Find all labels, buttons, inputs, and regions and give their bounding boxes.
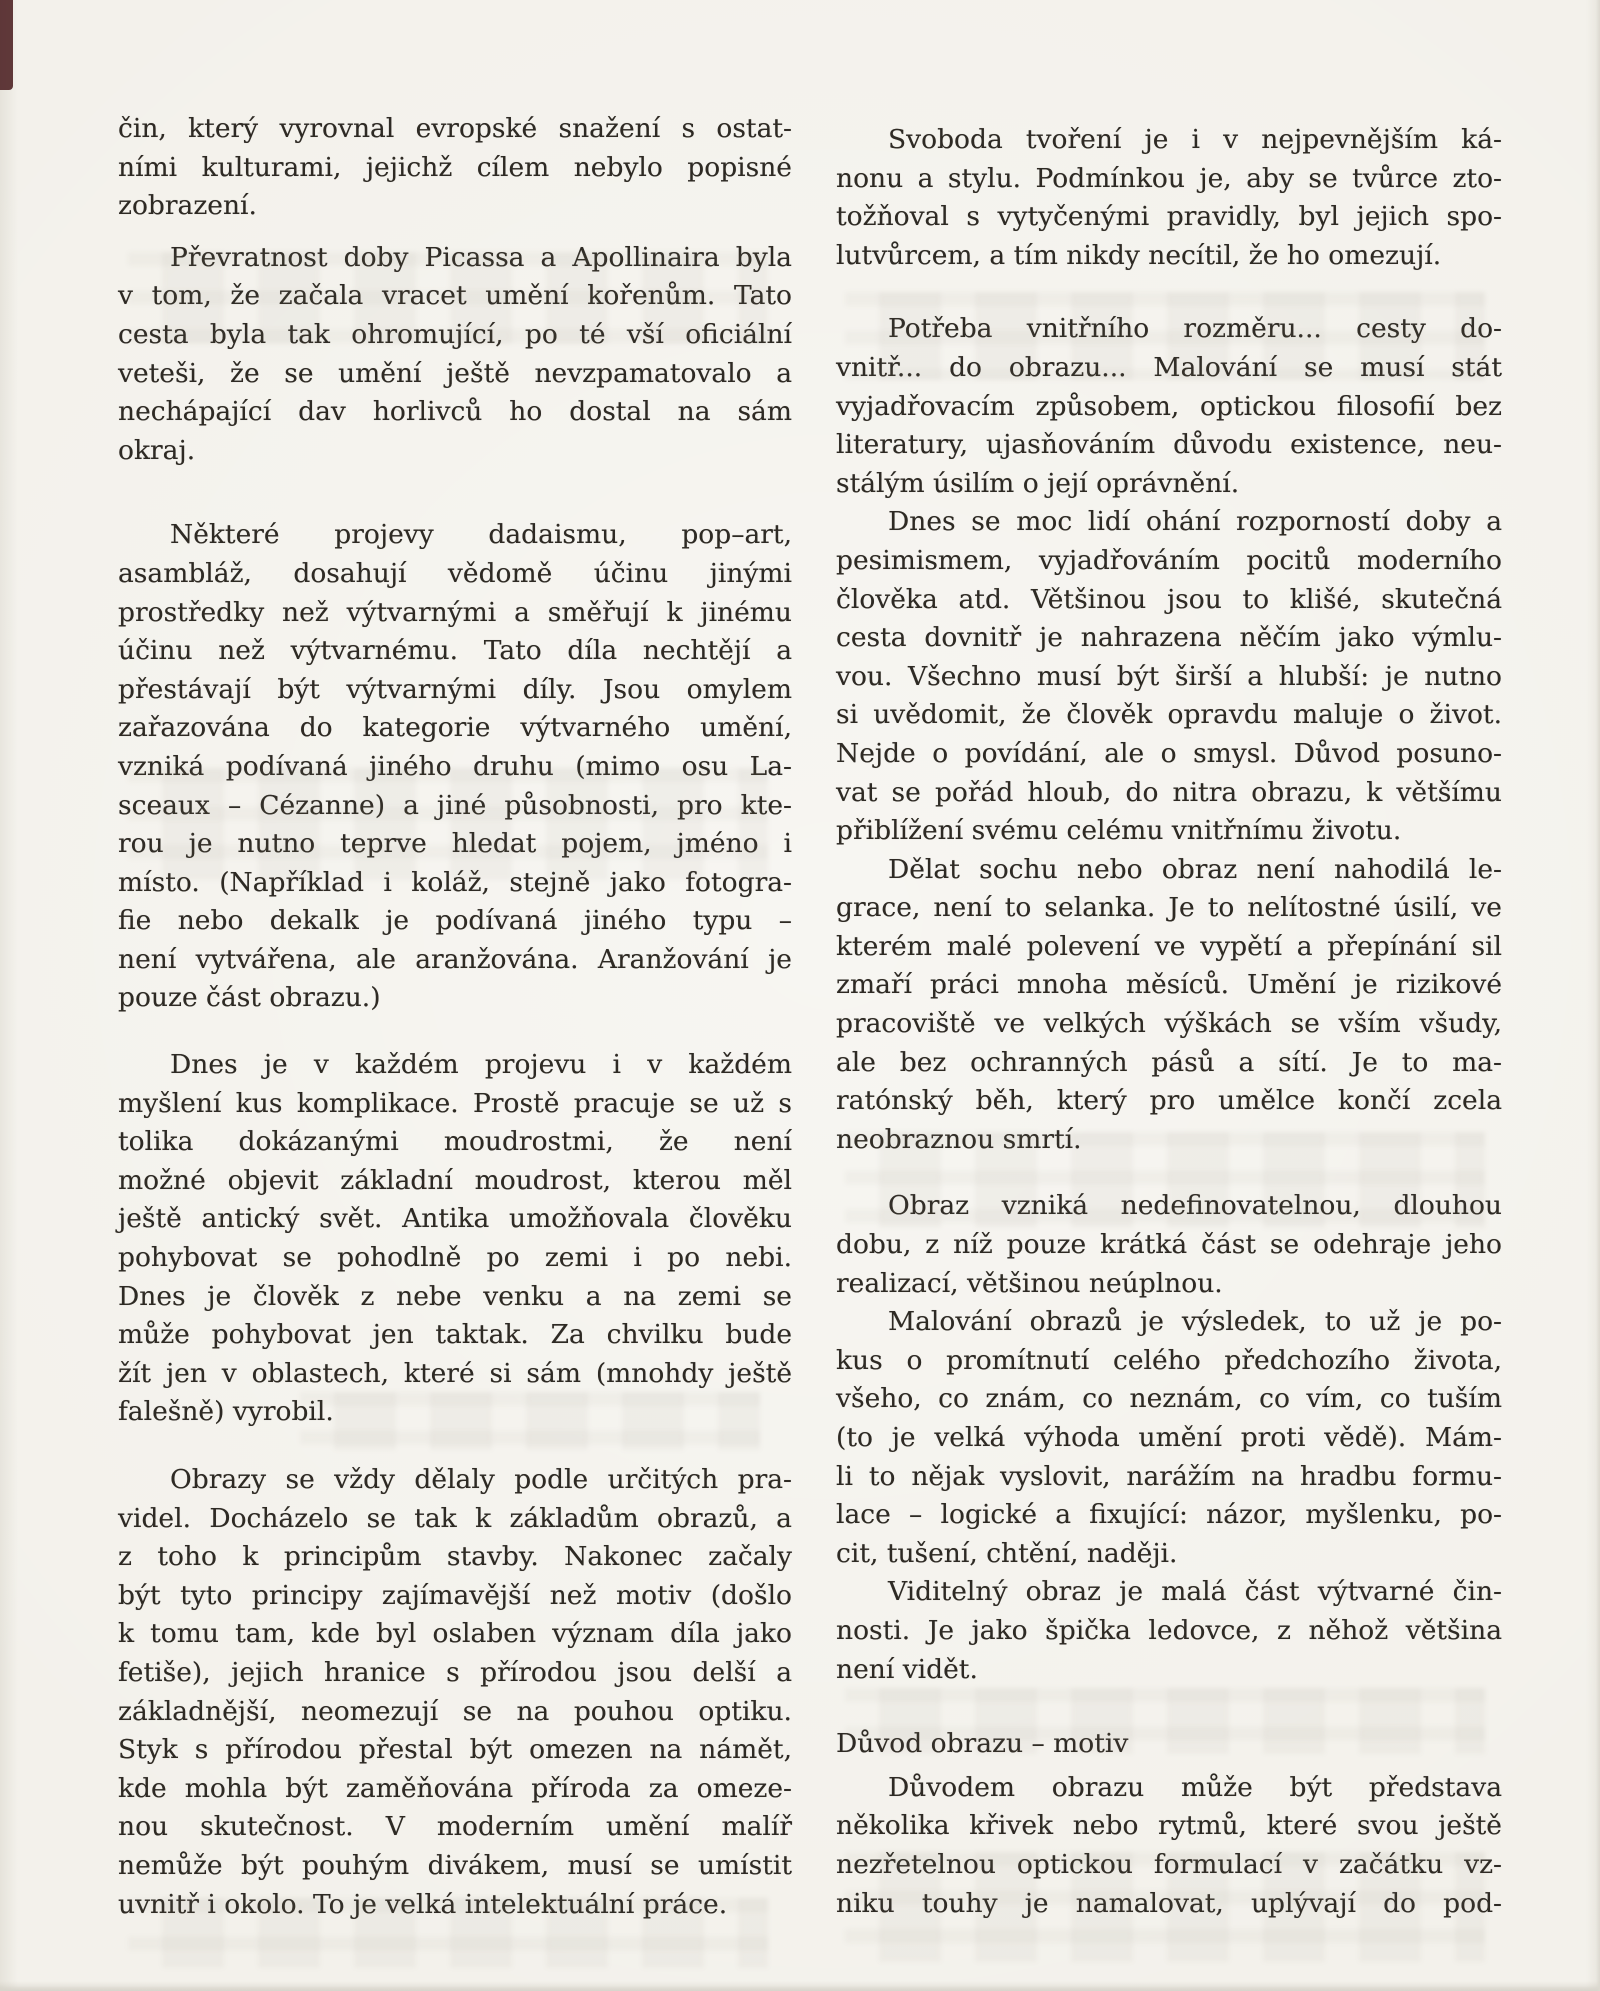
text-line: (to je velká výhoda umění proti vědě). M…	[836, 1419, 1502, 1458]
text-line: Dnes je v každém projevu i v každém	[118, 1046, 792, 1085]
text-line: zmaří práci mnoha měsíců. Umění je rizik…	[836, 966, 1502, 1005]
text-line: tožňoval s vytyčenými pravidly, byl jeji…	[836, 198, 1502, 237]
text-line: vnitř... do obrazu... Malování se musí s…	[836, 349, 1502, 388]
text-line: ještě antický svět. Antika umožňovala čl…	[118, 1200, 792, 1239]
paragraph: Svoboda tvoření je i v nejpevnějším ká-n…	[836, 121, 1502, 275]
text-line: z toho k principům stavby. Nakonec začal…	[118, 1538, 792, 1577]
text-line: sceaux – Cézanne) a jiné působnosti, pro…	[118, 787, 792, 826]
text-line: ale bez ochranných pásů a sítí. Je to ma…	[836, 1044, 1502, 1083]
paragraph: Důvodem obrazu může být představaněkolik…	[836, 1769, 1502, 1923]
scan-gutter-mark	[0, 0, 13, 90]
text-line: vat se pořád hloub, do nitra obrazu, k v…	[836, 774, 1502, 813]
text-line: pohybovat se pohodlně po zemi i po nebi.	[118, 1239, 792, 1278]
text-line: místo. (Například i koláž, stejně jako f…	[118, 864, 792, 903]
text-line: Nejde o povídání, ale o smysl. Důvod pos…	[836, 735, 1502, 774]
text-line: stálým úsilím o její oprávnění.	[836, 465, 1502, 504]
text-line: může pohybovat jen taktak. Za chvilku bu…	[118, 1316, 792, 1355]
paragraph: čin, který vyrovnal evropské snažení s o…	[118, 110, 792, 226]
paragraph: Malování obrazů je výsledek, to už je po…	[836, 1303, 1502, 1573]
scan-right-edge-shadow	[1596, 0, 1600, 1991]
text-line: Důvod obrazu – motiv	[836, 1725, 1502, 1764]
text-line: několika křivek nebo rytmů, které svou j…	[836, 1807, 1502, 1846]
text-line: veteši, že se umění ještě nevzpamatovalo…	[118, 355, 792, 394]
text-line: pracoviště ve velkých výškách se vším vš…	[836, 1005, 1502, 1044]
text-line: Důvodem obrazu může být představa	[836, 1769, 1502, 1808]
text-line: zařazována do kategorie výtvarného umění…	[118, 709, 792, 748]
text-line: účinu než výtvarnému. Tato díla nechtějí…	[118, 632, 792, 671]
right-text-column: Svoboda tvoření je i v nejpevnějším ká-n…	[836, 121, 1502, 1923]
text-line: Dnes je člověk z nebe venku a na zemi se	[118, 1278, 792, 1317]
text-line: neobraznou smrtí.	[836, 1121, 1502, 1160]
text-line: ními kulturami, jejichž cílem nebylo pop…	[118, 149, 792, 188]
text-line: nechápající dav horlivců ho dostal na sá…	[118, 393, 792, 432]
text-line: možné objevit základní moudrost, kterou …	[118, 1162, 792, 1201]
text-line: dobu, z níž pouze krátká část se odehraj…	[836, 1226, 1502, 1265]
text-line: zobrazení.	[118, 187, 792, 226]
text-line: žít jen v oblastech, které si sám (mnohd…	[118, 1355, 792, 1394]
text-line: nosti. Je jako špička ledovce, z něhož v…	[836, 1612, 1502, 1651]
text-line: Dělat sochu nebo obraz není nahodilá le-	[836, 851, 1502, 890]
text-line: grace, není to selanka. Je to nelítostné…	[836, 889, 1502, 928]
text-line: ratónský běh, který pro umělce končí zce…	[836, 1082, 1502, 1121]
text-line: nezřetelnou optickou formulací v začátku…	[836, 1846, 1502, 1885]
text-line: falešně) vyrobil.	[118, 1393, 792, 1432]
text-line: li to nějak vyslovit, narážím na hradbu …	[836, 1458, 1502, 1497]
text-line: základnější, neomezují se na pouhou opti…	[118, 1693, 792, 1732]
text-line: Malování obrazů je výsledek, to už je po…	[836, 1303, 1502, 1342]
text-line: lutvůrcem, a tím nikdy necítil, že ho om…	[836, 237, 1502, 276]
paragraph: Viditelný obraz je malá část výtvarné či…	[836, 1573, 1502, 1689]
section-heading: Důvod obrazu – motiv	[836, 1725, 1502, 1764]
text-line: niku touhy je namalovat, uplývají do pod…	[836, 1885, 1502, 1924]
text-line: uvnitř i okolo. To je velká intelektuáln…	[118, 1886, 792, 1925]
text-line: rou je nutno teprve hledat pojem, jméno …	[118, 825, 792, 864]
left-text-column: čin, který vyrovnal evropské snažení s o…	[118, 110, 792, 1924]
text-line: prostředky než výtvarnými a směřují k ji…	[118, 594, 792, 633]
text-line: vou. Všechno musí být širší a hlubší: je…	[836, 658, 1502, 697]
text-line: Svoboda tvoření je i v nejpevnějším ká-	[836, 121, 1502, 160]
text-line: není vidět.	[836, 1651, 1502, 1690]
text-line: Některé projevy dadaismu, pop–art,	[118, 516, 792, 555]
text-line: čin, který vyrovnal evropské snažení s o…	[118, 110, 792, 149]
text-line: Viditelný obraz je malá část výtvarné či…	[836, 1573, 1502, 1612]
text-line: Styk s přírodou přestal být omezen na ná…	[118, 1731, 792, 1770]
paragraph: Dělat sochu nebo obraz není nahodilá le-…	[836, 851, 1502, 1160]
book-page: čin, který vyrovnal evropské snažení s o…	[0, 0, 1600, 1991]
text-line: Dnes se moc lidí ohání rozporností doby …	[836, 503, 1502, 542]
text-line: kde mohla být zaměňována příroda za omez…	[118, 1770, 792, 1809]
scan-bottom-edge-shadow	[0, 1986, 1600, 1991]
text-line: Obrazy se vždy dělaly podle určitých pra…	[118, 1461, 792, 1500]
text-line: vyjadřovacím způsobem, optickou filosofi…	[836, 388, 1502, 427]
paragraph: Některé projevy dadaismu, pop–art,asambl…	[118, 516, 792, 1018]
text-line: lace – logické a fixující: názor, myšlen…	[836, 1496, 1502, 1535]
paragraph: Převratnost doby Picassa a Apollinaira b…	[118, 239, 792, 471]
text-line: pouze část obrazu.)	[118, 979, 792, 1018]
text-line: nemůže být pouhým divákem, musí se umíst…	[118, 1847, 792, 1886]
text-line: si uvědomit, že člověk opravdu maluje o …	[836, 696, 1502, 735]
text-line: cesta dovnitř je nahrazena něčím jako vý…	[836, 619, 1502, 658]
text-line: Potřeba vnitřního rozměru... cesty do-	[836, 310, 1502, 349]
text-line: asambláž, dosahují vědomě účinu jinými	[118, 555, 792, 594]
text-line: cesta byla tak ohromující, po té vší ofi…	[118, 316, 792, 355]
text-line: člověka atd. Většinou jsou to klišé, sku…	[836, 581, 1502, 620]
text-line: Obraz vzniká nedefinovatelnou, dlouhou	[836, 1187, 1502, 1226]
text-line: realizací, většinou neúplnou.	[836, 1265, 1502, 1304]
text-line: kterém malé polevení ve vypětí a přepíná…	[836, 928, 1502, 967]
text-line: v tom, že začala vracet umění kořenům. T…	[118, 277, 792, 316]
paragraph: Obraz vzniká nedefinovatelnou, dlouhoudo…	[836, 1187, 1502, 1303]
text-line: přestávají být výtvarnými díly. Jsou omy…	[118, 671, 792, 710]
text-line: vzniká podívaná jiného druhu (mimo osu L…	[118, 748, 792, 787]
text-line: všeho, co znám, co neznám, co vím, co tu…	[836, 1380, 1502, 1419]
text-line: nou skutečnost. V moderním umění malíř	[118, 1808, 792, 1847]
text-line: k tomu tam, kde byl oslaben význam díla …	[118, 1615, 792, 1654]
paragraph: Obrazy se vždy dělaly podle určitých pra…	[118, 1461, 792, 1924]
text-line: není vytvářena, ale aranžována. Aranžová…	[118, 941, 792, 980]
text-line: myšlení kus komplikace. Prostě pracuje s…	[118, 1085, 792, 1124]
text-line: videl. Docházelo se tak k základům obraz…	[118, 1500, 792, 1539]
text-line: fie nebo dekalk je podívaná jiného typu …	[118, 902, 792, 941]
text-line: cit, tušení, chtění, naději.	[836, 1535, 1502, 1574]
text-line: být tyto principy zajímavější než motiv …	[118, 1577, 792, 1616]
text-line: literatury, ujasňováním důvodu existence…	[836, 426, 1502, 465]
text-line: tolika dokázanými moudrostmi, že není	[118, 1123, 792, 1162]
paragraph: Dnes je v každém projevu i v každémmyšle…	[118, 1046, 792, 1432]
text-line: přiblížení svému celému vnitřnímu životu…	[836, 812, 1502, 851]
paragraph: Dnes se moc lidí ohání rozporností doby …	[836, 503, 1502, 850]
text-line: okraj.	[118, 432, 792, 471]
text-line: pesimismem, vyjadřováním pocitů moderníh…	[836, 542, 1502, 581]
text-line: kus o promítnutí celého předchozího živo…	[836, 1342, 1502, 1381]
text-line: fetiše), jejich hranice s přírodou jsou …	[118, 1654, 792, 1693]
text-line: Převratnost doby Picassa a Apollinaira b…	[118, 239, 792, 278]
paragraph: Potřeba vnitřního rozměru... cesty do-vn…	[836, 310, 1502, 503]
text-line: nonu a stylu. Podmínkou je, aby se tvůrc…	[836, 160, 1502, 199]
